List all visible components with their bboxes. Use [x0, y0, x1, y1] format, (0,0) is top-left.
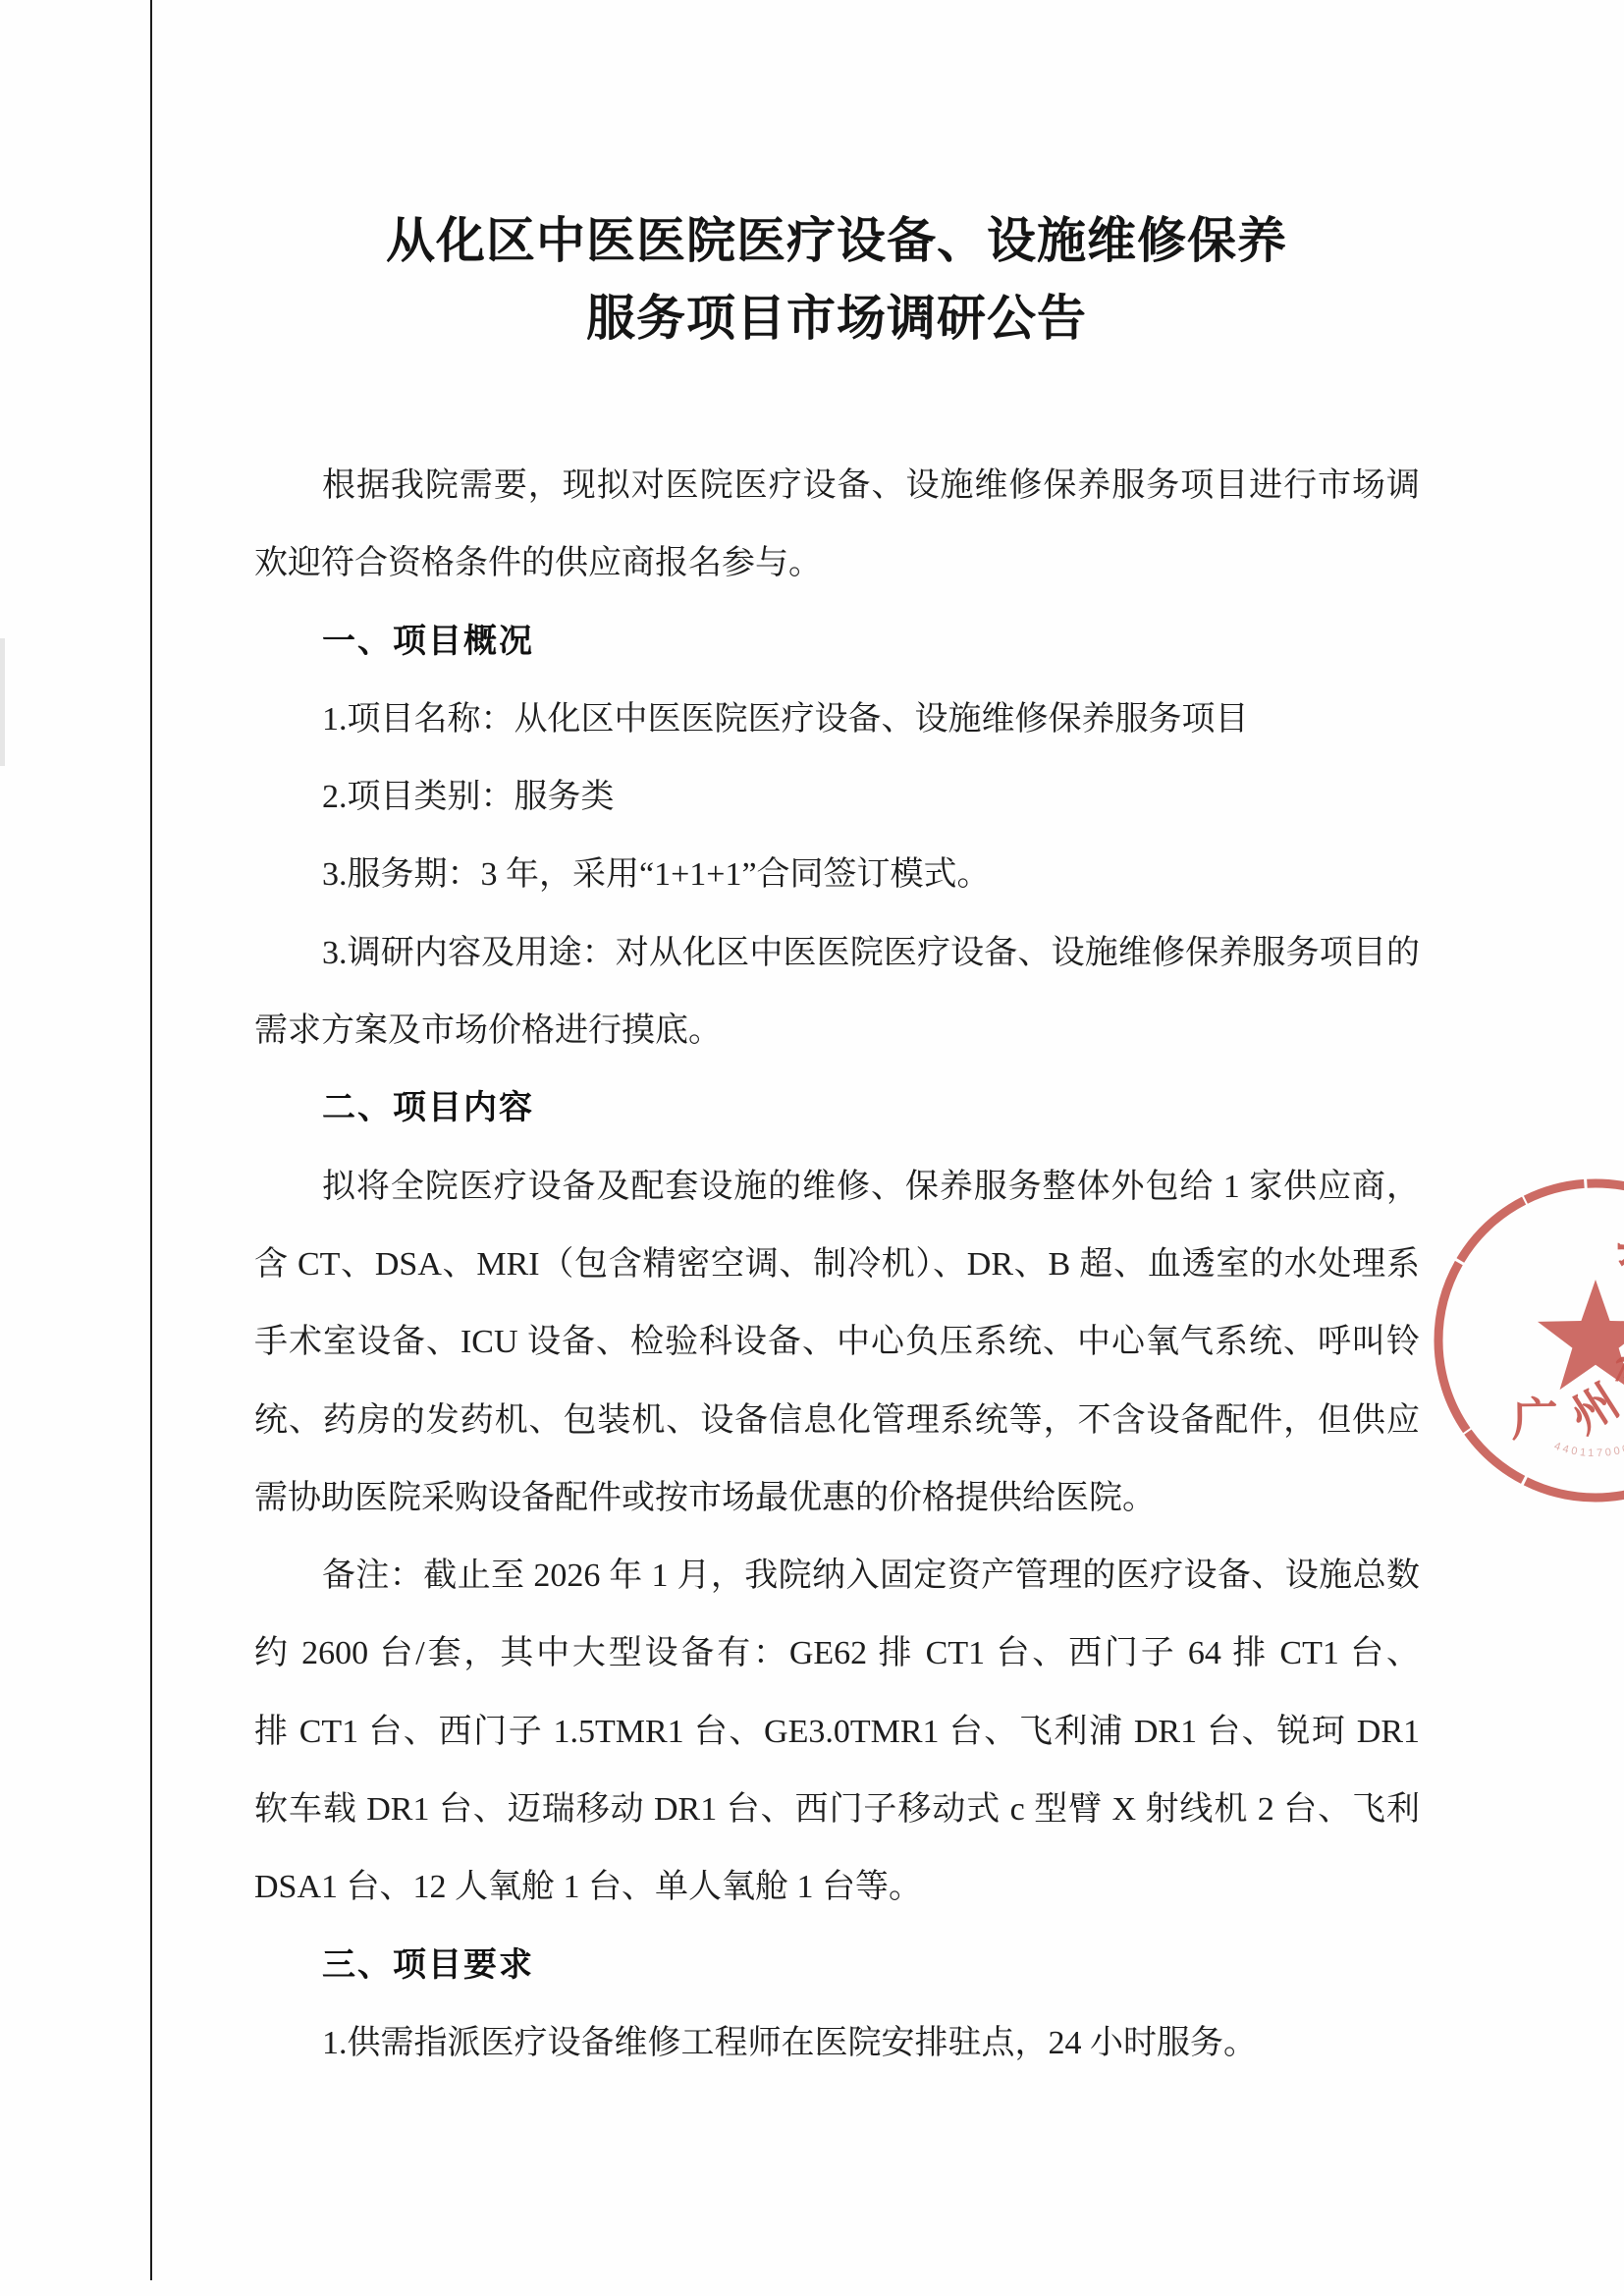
doc-line: 约 2600 台/套，其中大型设备有：GE62 排 CT1 台、西门子 64 排… [254, 1614, 1420, 1692]
section-heading-1: 一、项目概况 [254, 603, 1420, 681]
document-body: 根据我院需要，现拟对医院医疗设备、设施维修保养服务项目进行市场调研， 欢迎符合资… [254, 447, 1420, 2082]
doc-line: 统、药房的发药机、包装机、设备信息化管理系统等，不含设备配件，但供应商 [254, 1382, 1420, 1459]
title-line-2: 服务项目市场调研公告 [254, 280, 1419, 357]
doc-line: 1.供需指派医疗设备维修工程师在医院安排驻点，24 小时服务。 [254, 2004, 1420, 2082]
doc-line: 根据我院需要，现拟对医院医疗设备、设施维修保养服务项目进行市场调研， [254, 447, 1420, 524]
section-heading-3: 三、项目要求 [254, 1927, 1420, 2004]
section-heading-2: 二、项目内容 [254, 1069, 1420, 1147]
document-title: 从化区中医医院医疗设备、设施维修保养 服务项目市场调研公告 [254, 202, 1419, 358]
doc-line: 1.项目名称：从化区中医医院医疗设备、设施维修保养服务项目 [254, 681, 1420, 758]
doc-line: 软车载 DR1 台、迈瑞移动 DR1 台、西门子移动式 c 型臂 X 射线机 2… [254, 1771, 1420, 1848]
doc-line: 排 CT1 台、西门子 1.5TMR1 台、GE3.0TMR1 台、飞利浦 DR… [254, 1693, 1420, 1771]
doc-line: 3.调研内容及用途：对从化区中医医院医疗设备、设施维修保养服务项目的 [254, 914, 1420, 992]
doc-line: DSA1 台、12 人氧舱 1 台、单人氧舱 1 台等。 [254, 1848, 1420, 1926]
scan-smudge [0, 638, 5, 766]
doc-line: 需协助医院采购设备配件或按市场最优惠的价格提供给医院。 [254, 1459, 1420, 1537]
doc-line: 需求方案及市场价格进行摸底。 [254, 992, 1420, 1069]
official-seal-stamp: 广州市从化 4401170005 [1429, 1174, 1624, 1507]
doc-line: 2.项目类别：服务类 [254, 758, 1420, 836]
doc-line: 手术室设备、ICU 设备、检验科设备、中心负压系统、中心氧气系统、呼叫铃系 [254, 1303, 1420, 1381]
doc-line: 备注：截止至 2026 年 1 月，我院纳入固定资产管理的医疗设备、设施总数 [254, 1537, 1420, 1614]
doc-line: 3.服务期：3 年，采用“1+1+1”合同签订模式。 [254, 836, 1420, 913]
doc-line: 拟将全院医疗设备及配套设施的维修、保养服务整体外包给 1 家供应商，包 [254, 1148, 1420, 1226]
title-line-1: 从化区中医医院医疗设备、设施维修保养 [254, 202, 1419, 280]
doc-line: 欢迎符合资格条件的供应商报名参与。 [254, 524, 1420, 602]
scan-edge-line [150, 0, 152, 2280]
document-page: 从化区中医医院医疗设备、设施维修保养 服务项目市场调研公告 根据我院需要，现拟对… [0, 0, 1624, 2296]
doc-line: 含 CT、DSA、MRI（包含精密空调、制冷机）、DR、B 超、血透室的水处理系… [254, 1226, 1420, 1303]
